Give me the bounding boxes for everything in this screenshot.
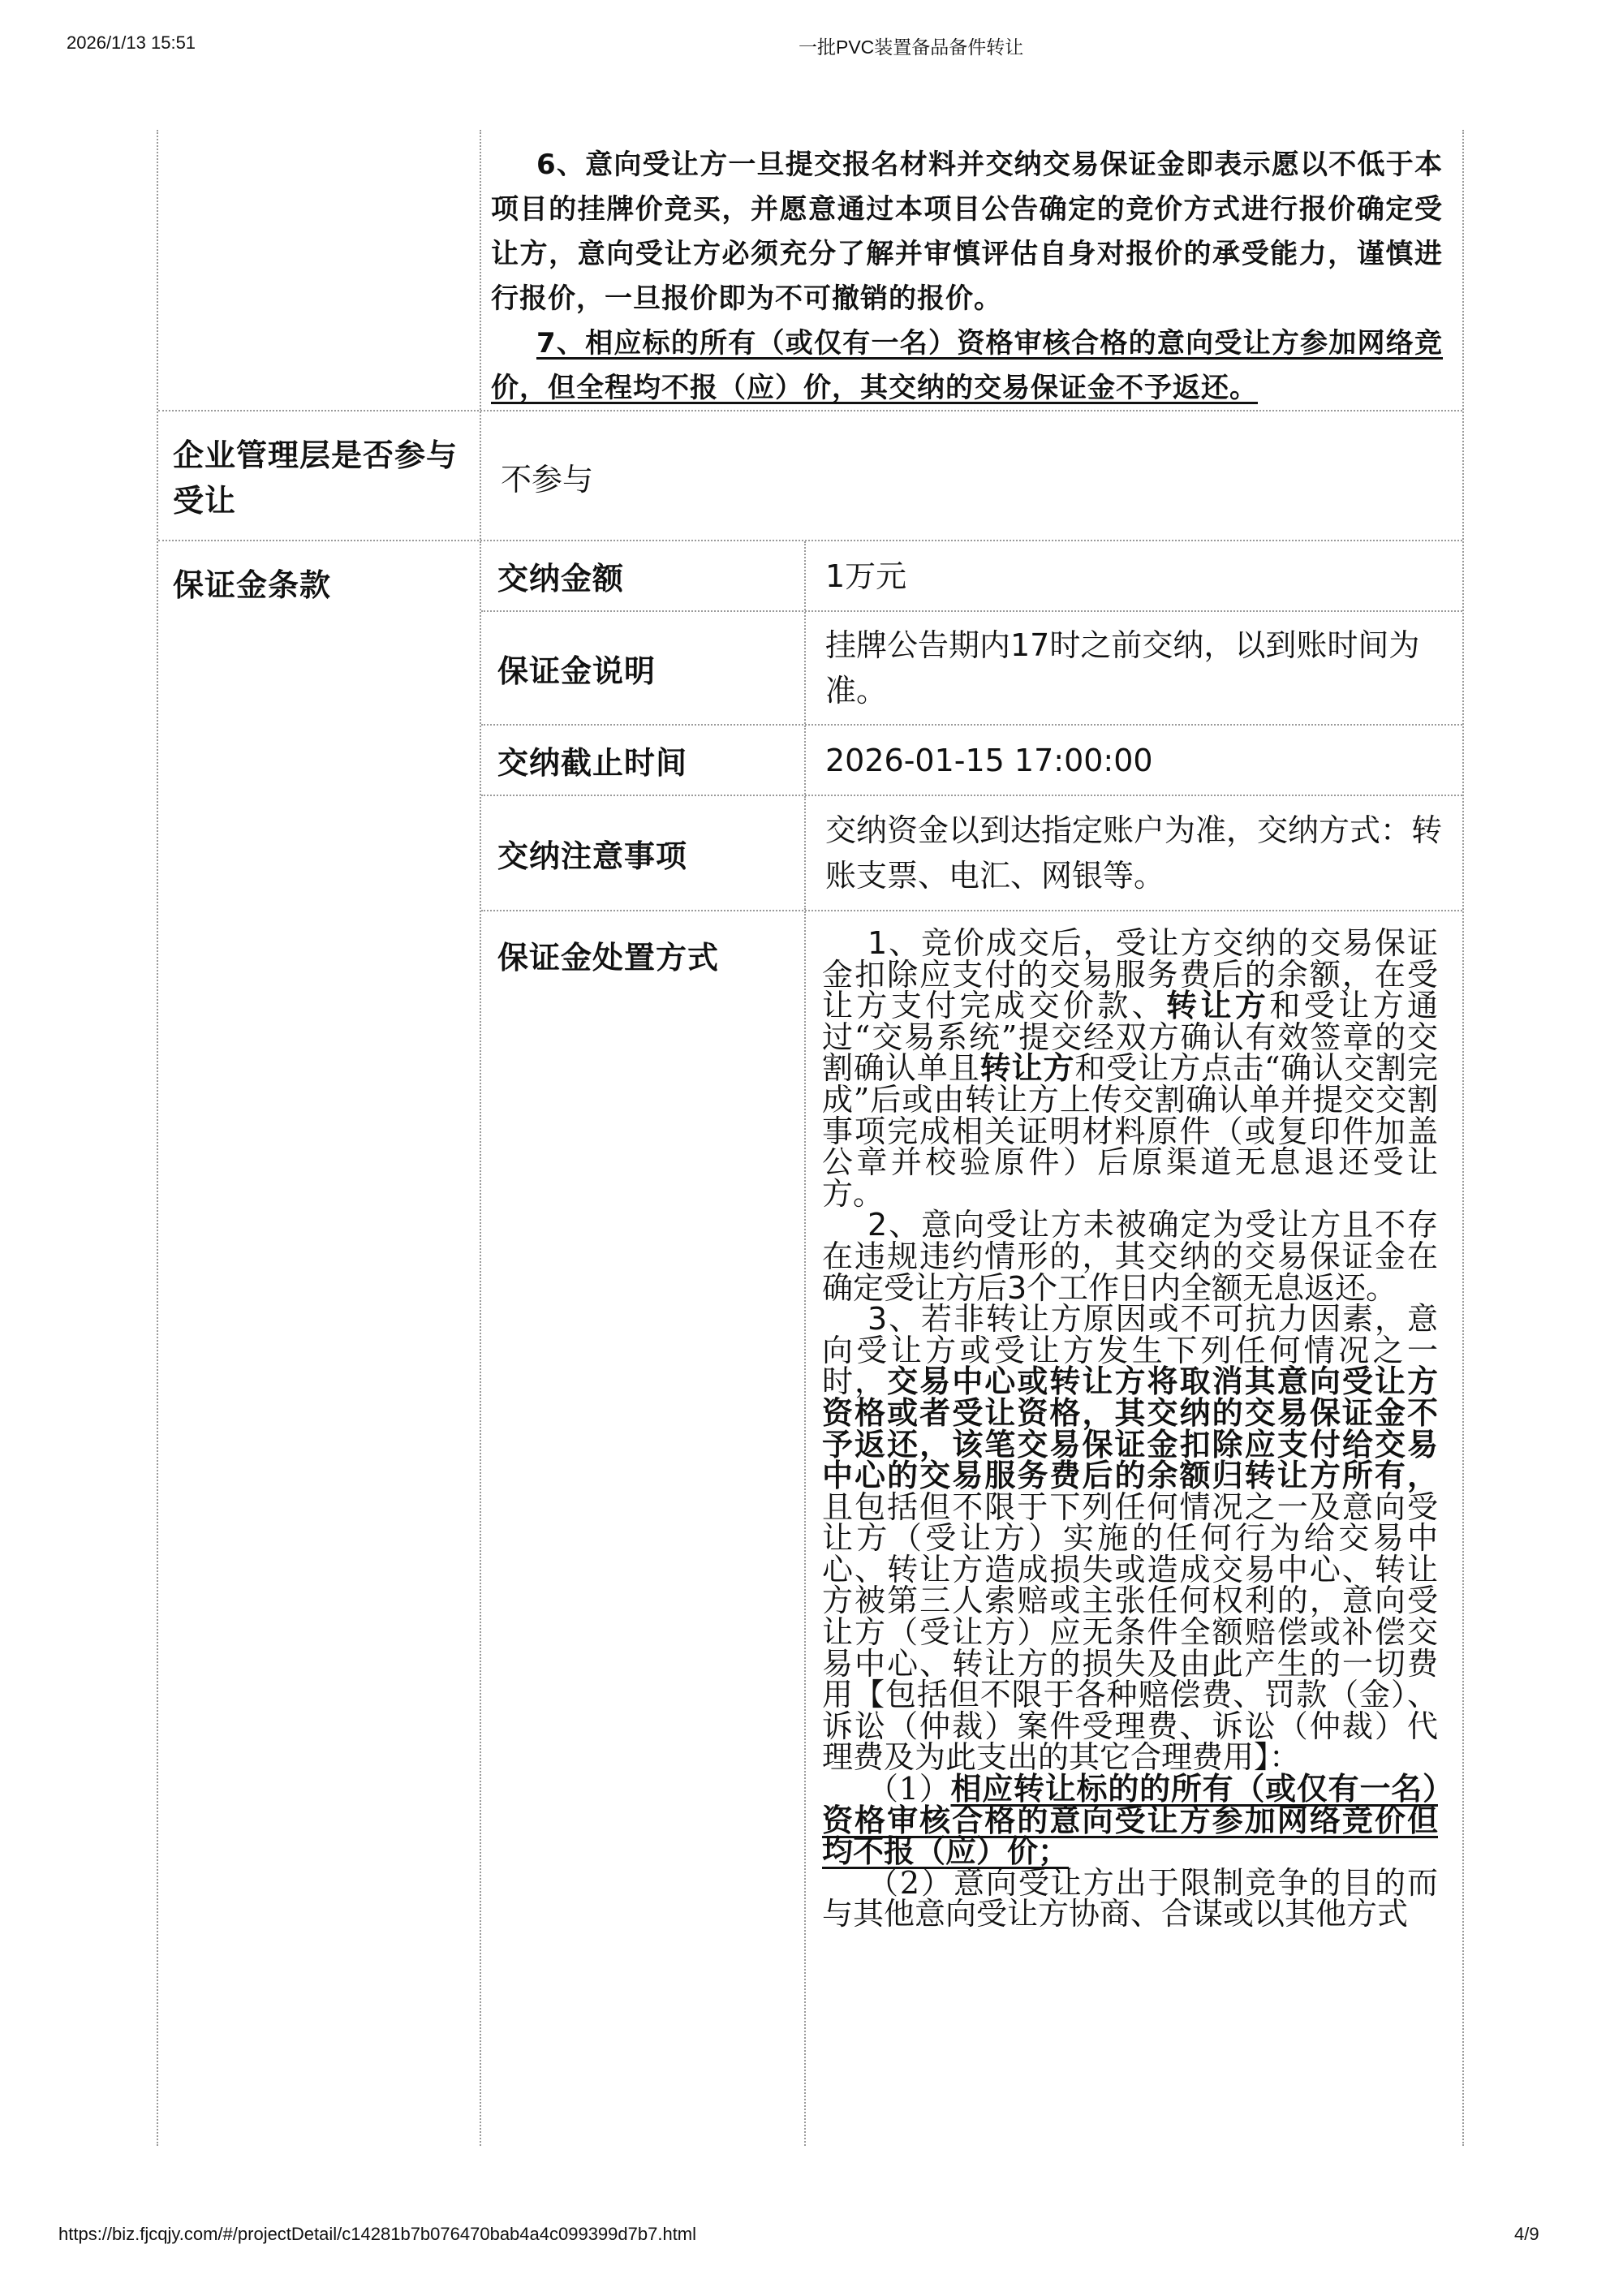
table-row-bidding-rules-continued: 6、意向受让方一旦提交报名材料并交纳交易保证金即表示愿以不低于本项目的挂牌价竞买… xyxy=(158,130,1462,411)
disposal-subclause-1: （1）相应转让标的的所有（或仅有一名）资格审核合格的意向受让方参加网络竞价但均不… xyxy=(822,1773,1438,1867)
value-deposit-description: 挂牌公告期内17时之前交纳，以到账时间为准。 xyxy=(806,612,1462,724)
value-payment-notes: 交纳资金以到达指定账户为准，交纳方式：转账支票、电汇、网银等。 xyxy=(806,796,1462,910)
print-header: 2026/1/13 15:51 一批PVC装置备品备件转让 xyxy=(0,32,1623,57)
row-label-deposit-terms: 保证金条款 xyxy=(158,541,481,2146)
label-payment-deadline: 交纳截止时间 xyxy=(481,726,806,795)
label-deposit-description: 保证金说明 xyxy=(481,612,806,724)
management-participation-value: 不参与 xyxy=(481,411,1462,540)
project-detail-table: 6、意向受让方一旦提交报名材料并交纳交易保证金即表示愿以不低于本项目的挂牌价竞买… xyxy=(157,130,1464,2146)
value-deposit-disposal: 1、竞价成交后，受让方交纳的交易保证金扣除应支付的交易服务费后的余额，在受让方支… xyxy=(806,911,1462,2146)
sub-row-payment-notes: 交纳注意事项 交纳资金以到达指定账户为准，交纳方式：转账支票、电汇、网银等。 xyxy=(481,796,1462,911)
row-label-management: 企业管理层是否参与受让 xyxy=(158,411,481,540)
page-url: https://biz.fjcqjy.com/#/projectDetail/c… xyxy=(58,2224,696,2245)
value-deposit-amount: 1万元 xyxy=(806,541,1462,610)
page-number: 4/9 xyxy=(1514,2224,1539,2245)
table-row-management-participation: 企业管理层是否参与受让 不参与 xyxy=(158,411,1462,541)
sub-row-payment-deadline: 交纳截止时间 2026-01-15 17:00:00 xyxy=(481,726,1462,796)
label-deposit-amount: 交纳金额 xyxy=(481,541,806,610)
label-payment-notes: 交纳注意事项 xyxy=(481,796,806,910)
deposit-sub-table: 交纳金额 1万元 保证金说明 挂牌公告期内17时之前交纳，以到账时间为准。 交纳… xyxy=(481,541,1462,2146)
row-label-empty xyxy=(158,130,481,410)
document-title: 一批PVC装置备品备件转让 xyxy=(799,32,1023,59)
sub-row-deposit-description: 保证金说明 挂牌公告期内17时之前交纳，以到账时间为准。 xyxy=(481,612,1462,726)
rule-item-6: 6、意向受让方一旦提交报名材料并交纳交易保证金即表示愿以不低于本项目的挂牌价竞买… xyxy=(491,143,1443,321)
disposal-subclause-2: （2）意向受让方出于限制竞争的目的而与其他意向受让方协商、合谋或以其他方式 xyxy=(822,1867,1438,1930)
table-row-deposit-terms: 保证金条款 交纳金额 1万元 保证金说明 挂牌公告期内17时之前交纳，以到账时间… xyxy=(158,541,1462,2146)
sub-row-deposit-disposal: 保证金处置方式 1、竞价成交后，受让方交纳的交易保证金扣除应支付的交易服务费后的… xyxy=(481,911,1462,2146)
label-deposit-disposal: 保证金处置方式 xyxy=(481,911,806,2146)
disposal-clause-2: 2、意向受让方未被确定为受让方且不存在违规违约情形的，其交纳的交易保证金在确定受… xyxy=(822,1209,1438,1303)
value-payment-deadline: 2026-01-15 17:00:00 xyxy=(806,726,1462,795)
disposal-clause-3: 3、若非转让方原因或不可抗力因素，意向受让方或受让方发生下列任何情况之一时，交易… xyxy=(822,1303,1438,1773)
bidding-rules-text: 6、意向受让方一旦提交报名材料并交纳交易保证金即表示愿以不低于本项目的挂牌价竞买… xyxy=(481,130,1462,410)
print-datetime: 2026/1/13 15:51 xyxy=(67,32,196,54)
sub-row-deposit-amount: 交纳金额 1万元 xyxy=(481,541,1462,612)
rule-item-7: 7、相应标的所有（或仅有一名）资格审核合格的意向受让方参加网络竞价，但全程均不报… xyxy=(491,321,1443,411)
disposal-clause-1: 1、竞价成交后，受让方交纳的交易保证金扣除应支付的交易服务费后的余额，在受让方支… xyxy=(822,928,1438,1209)
print-footer: https://biz.fjcqjy.com/#/projectDetail/c… xyxy=(0,2224,1623,2248)
deposit-sub-table-container: 交纳金额 1万元 保证金说明 挂牌公告期内17时之前交纳，以到账时间为准。 交纳… xyxy=(481,541,1462,2146)
